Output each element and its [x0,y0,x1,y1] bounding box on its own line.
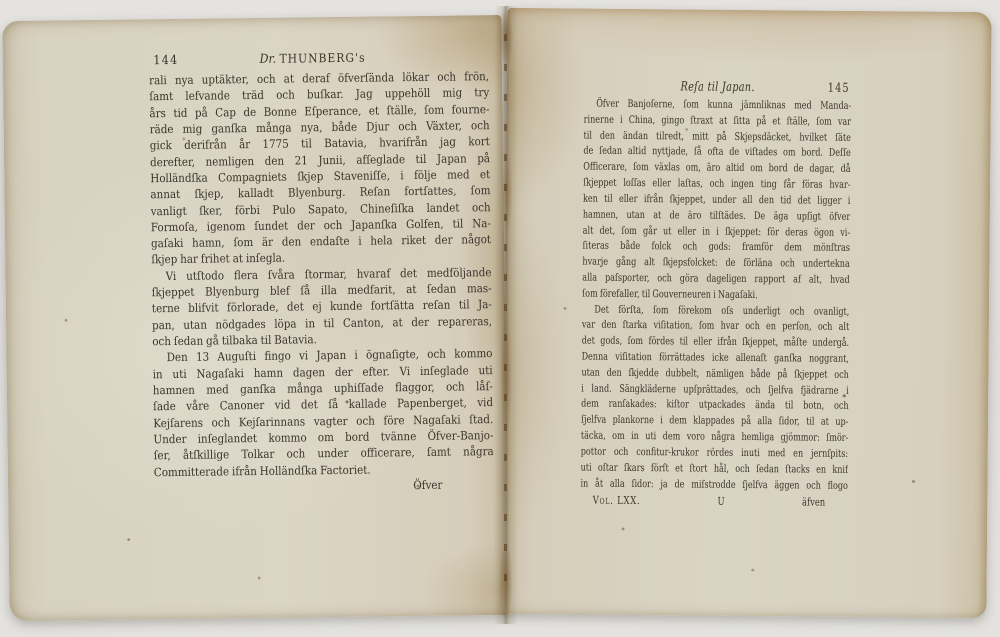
signature-mark: U [717,495,725,508]
page-right-content: Reſa til Japan. 145 Öfver Banjoſerne, ſo… [580,75,851,510]
page-left: 144 Dr. THUNBERG's rali nya uptäkter, oc… [2,15,508,621]
catchword-right: äfven [802,496,825,509]
text-line: rinerne i China, gingo ſtraxt at ſitta p… [584,112,852,130]
page-right-header: Reſa til Japan. 145 [584,75,852,99]
page-left-content: 144 Dr. THUNBERG's rali nya uptäkter, oc… [149,46,494,496]
text-line: uti oſtar ſkars förſt et ſtort hål, och … [581,460,849,478]
text-line: ſom förefaller, til Gouverneuren i Nagaſ… [582,286,850,304]
running-title-name: THUNBERG's [279,51,365,66]
running-title-left: Dr. THUNBERG's [149,48,477,67]
text-line: in åt alla ſidor: ja de miſstrodde ſjelf… [580,476,848,494]
page-right: Reſa til Japan. 145 Öfver Banjoſerne, ſo… [502,8,991,618]
body-text-left: rali nya uptäkter, och at deraf öfverſän… [149,68,494,480]
text-line: utan den ſkjedde dubbelt, nämligen både … [581,365,849,383]
running-title-prefix: Dr. [259,51,276,66]
volume-label: Vol. LXX. [593,494,641,507]
text-line: pottor och confitur-krukor rördes inuti … [581,444,849,462]
page-right-footer: Vol. LXX. U äfven [580,492,847,509]
page-number-right: 145 [828,80,850,95]
book-scan: 144 Dr. THUNBERG's rali nya uptäkter, oc… [0,0,1000,637]
text-line: ken til eller ifrån ſkjeppet, under all … [583,191,851,209]
page-left-header: 144 Dr. THUNBERG's [149,46,489,70]
text-line: hamnen, utan at de äro tilſtädes. De äga… [583,207,851,225]
running-title-right: Reſa til Japan. [584,78,851,95]
body-text-right: Öfver Banjoſerne, ſom kunna jämnliknas m… [580,97,851,495]
